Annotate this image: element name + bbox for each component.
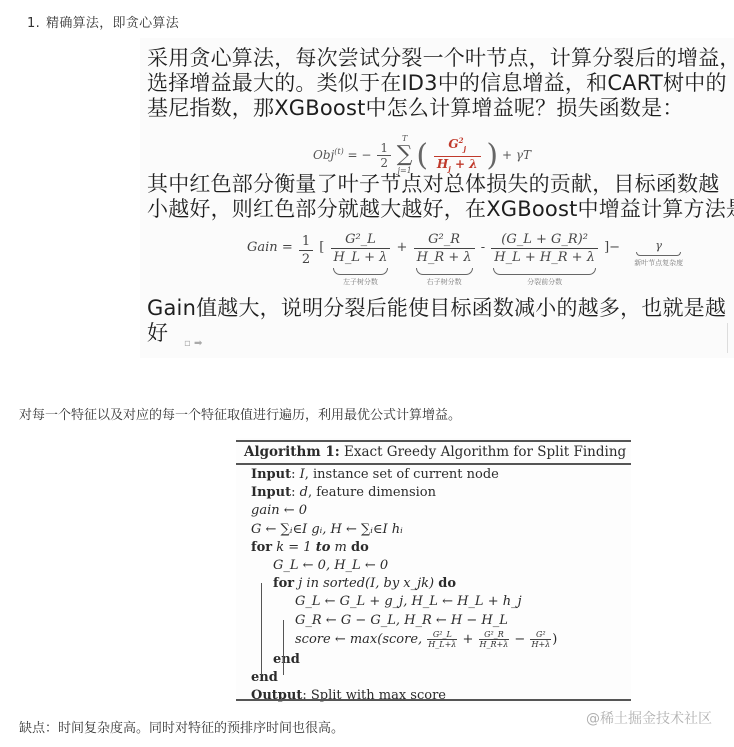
term-num: G²_R <box>414 231 475 249</box>
slide-line: 采用贪心算法，每次尝试分裂一个叶节点，计算分裂后的增益， <box>147 46 734 71</box>
lecture-slide-image: 采用贪心算法，每次尝试分裂一个叶节点，计算分裂后的增益， 选择增益最大的。类似于… <box>140 38 734 358</box>
right-paren: ) <box>486 138 498 173</box>
red-num-sub: j <box>464 144 467 153</box>
frac-den: H_R+λ <box>479 640 510 649</box>
gain-lhs: Gain <box>247 240 278 255</box>
frac-num: 1 <box>299 233 313 251</box>
line-text: score ← max(score, <box>295 632 426 647</box>
video-controls-icon: ▫ ➡ <box>184 338 202 349</box>
algo-line-reset: G_L ← 0, H_L ← 0 <box>251 557 557 575</box>
line-text: m <box>330 540 351 555</box>
close-paren: ) <box>552 632 557 647</box>
slide-line: 选择增益最大的。类似于在ID3中的信息增益，和CART树中的 <box>147 71 734 96</box>
sum-symbol: T∑j=1 <box>397 134 413 176</box>
frac-num: G²_L <box>427 630 457 640</box>
frac-den: 2 <box>299 251 313 268</box>
score-fraction: G²_RH_R+λ <box>479 630 510 649</box>
underbrace <box>636 252 681 256</box>
slide-paragraph-1: 采用贪心算法，每次尝试分裂一个叶节点，计算分裂后的增益， 选择增益最大的。类似于… <box>147 46 734 121</box>
slide-line: 好 <box>147 321 726 346</box>
underbrace <box>416 268 473 275</box>
obj-eq: = − <box>348 148 372 162</box>
obj-tail: + γT <box>502 148 531 162</box>
mid-rule <box>236 463 631 465</box>
keyword: to <box>316 540 331 555</box>
minus-sign: - <box>481 240 485 255</box>
pre-split-score-term: (G_L + G_R)²H_L + H_R + λ 分裂前分数 <box>489 231 600 287</box>
slide-line: 其中红色部分衡量了叶子节点对总体损失的贡献，目标函数越 <box>147 172 734 197</box>
section-heading: 1.精确算法，即贪心算法 <box>27 12 179 31</box>
plus-sign: + <box>397 240 408 255</box>
keyword: do <box>351 540 369 555</box>
algo-line-accum-right: G_R ← G − G_L, H_R ← H − H_L <box>251 612 557 630</box>
algo-line-totals: G ← ∑ᵢ∈I gᵢ, H ← ∑ᵢ∈I hᵢ <box>251 521 557 539</box>
red-num: G <box>448 137 458 151</box>
half-fraction: 12 <box>377 141 391 170</box>
algo-line-end-outer: end <box>251 669 557 687</box>
line-text: G_L ← G_L + g_j, H_L ← H_L + h_j <box>295 594 522 609</box>
red-den-rest: + λ <box>451 157 478 171</box>
term-num: G²_L <box>331 231 391 249</box>
loop-bar-inner <box>283 620 284 675</box>
slide-line: 基尼指数，那XGBoost中怎么计算增益呢？损失函数是： <box>147 96 734 121</box>
slide-paragraph-2: 其中红色部分衡量了叶子节点对总体损失的贡献，目标函数越 小越好，则红色部分就越大… <box>147 172 734 222</box>
line-text: k = 1 <box>272 540 316 555</box>
frac-den: H_L+λ <box>427 640 457 649</box>
underbrace <box>493 268 596 275</box>
line-text: , instance set of current node <box>305 467 499 482</box>
underbrace <box>333 268 389 275</box>
line-text: G_R ← G − G_L, H_R ← H − H_L <box>295 613 508 628</box>
keyword: end <box>251 670 278 685</box>
caption-label: Algorithm 1: <box>244 444 340 460</box>
frac-num: 1 <box>377 141 391 156</box>
algo-line-for-inner: for j in sorted(I, by x_jk) do <box>251 575 557 593</box>
line-text: j in sorted(I, by x_jk) <box>294 576 438 591</box>
frac-num: G² <box>530 630 551 640</box>
obj-sup: (t) <box>334 147 343 156</box>
algorithm-figure: Algorithm 1: Exact Greedy Algorithm for … <box>236 438 631 704</box>
score-fraction: G²H+λ <box>530 630 551 649</box>
gain-formula: Gain = 12 [ G²_LH_L + λ 左子树分数 + G²_RH_R … <box>247 231 683 287</box>
section-title: 精确算法，即贪心算法 <box>46 16 179 31</box>
variable: d <box>300 485 308 500</box>
term-den: H_R + λ <box>414 249 475 266</box>
keyword: for <box>251 540 272 555</box>
keyword: end <box>273 652 300 667</box>
open-bracket: [ <box>319 240 324 255</box>
brace-label: 分裂前分数 <box>489 277 600 287</box>
algo-line-output: Output: Split with max score <box>251 687 557 705</box>
objective-formula: Obj(t) = − 12 T∑j=1 ( G2j Hj + λ ) + γT <box>313 134 531 177</box>
brace-label: 左子树分数 <box>329 277 393 287</box>
drawback-paragraph: 缺点：时间复杂度高。同时对特征的预排序时间也很高。 <box>19 717 344 736</box>
plus-sign: + <box>458 632 477 647</box>
algo-line-gain-init: gain ← 0 <box>251 502 557 520</box>
traverse-paragraph: 对每一个特征以及对应的每一个特征取值进行遍历，利用最优公式计算增益。 <box>19 404 461 423</box>
loop-bar-outer <box>261 583 262 675</box>
algo-line-for-outer: for k = 1 to m do <box>251 539 557 557</box>
right-score-term: G²_RH_R + λ 右子树分数 <box>412 231 477 287</box>
top-rule <box>236 440 631 442</box>
bottom-rule <box>236 699 631 701</box>
algorithm-caption: Algorithm 1: Exact Greedy Algorithm for … <box>244 444 626 460</box>
gamma-symbol: γ <box>634 239 683 252</box>
minus-sign: − <box>510 632 529 647</box>
frac-den: 2 <box>377 156 391 170</box>
red-den: H <box>437 157 448 171</box>
algo-line-input-1: Input: I, instance set of current node <box>251 466 557 484</box>
algo-line-end-inner: end <box>251 651 557 669</box>
line-text: , feature dimension <box>308 485 436 500</box>
keyword: do <box>438 576 456 591</box>
line-text: gain ← 0 <box>251 503 307 518</box>
brace-label: 右子树分数 <box>412 277 477 287</box>
complexity-term: γ 新叶节点复杂度 <box>634 239 683 268</box>
slide-paragraph-3: Gain值越大，说明分裂后能使目标函数减小的越多，也就是越 好 <box>147 296 726 346</box>
line-text: G ← ∑ᵢ∈I gᵢ, H ← ∑ᵢ∈I hᵢ <box>251 522 403 537</box>
keyword: Input <box>251 485 291 500</box>
brace-label: 新叶节点复杂度 <box>634 258 683 268</box>
left-score-term: G²_LH_L + λ 左子树分数 <box>329 231 393 287</box>
line-text: G_L ← 0, H_L ← 0 <box>273 558 388 573</box>
list-number: 1. <box>27 16 40 31</box>
term-den: H_L + λ <box>331 249 391 266</box>
watermark: @稀土掘金技术社区 <box>586 708 712 728</box>
slide-line: Gain值越大，说明分裂后能使目标函数减小的越多，也就是越 <box>147 296 726 321</box>
half-fraction: 12 <box>299 233 313 268</box>
red-fraction: G2j Hj + λ <box>434 134 481 177</box>
term-den: H_L + H_R + λ <box>491 249 598 266</box>
sigma-glyph: ∑ <box>397 144 413 166</box>
frac-num: G²_R <box>479 630 510 640</box>
term-num: (G_L + G_R)² <box>491 231 598 249</box>
algo-line-score: score ← max(score, G²_LH_L+λ + G²_RH_R+λ… <box>251 630 557 651</box>
score-fraction: G²_LH_L+λ <box>427 630 457 649</box>
algo-line-accum-left: G_L ← G_L + g_j, H_L ← H_L + h_j <box>251 593 557 611</box>
algo-line-input-2: Input: d, feature dimension <box>251 484 557 502</box>
left-paren: ( <box>416 138 428 173</box>
keyword: Input <box>251 467 291 482</box>
keyword: for <box>273 576 294 591</box>
slide-edge-divider <box>727 323 728 353</box>
caption-title: Exact Greedy Algorithm for Split Finding <box>340 444 626 460</box>
algorithm-body: Input: I, instance set of current node I… <box>251 466 557 705</box>
gain-eq: = <box>282 240 293 255</box>
obj-lhs: Obj <box>313 148 334 162</box>
close-bracket: ]− <box>604 240 620 255</box>
slide-line: 小越好，则红色部分就越大越好，在XGBoost中增益计算方法是 <box>147 197 734 222</box>
frac-den: H+λ <box>530 640 551 649</box>
